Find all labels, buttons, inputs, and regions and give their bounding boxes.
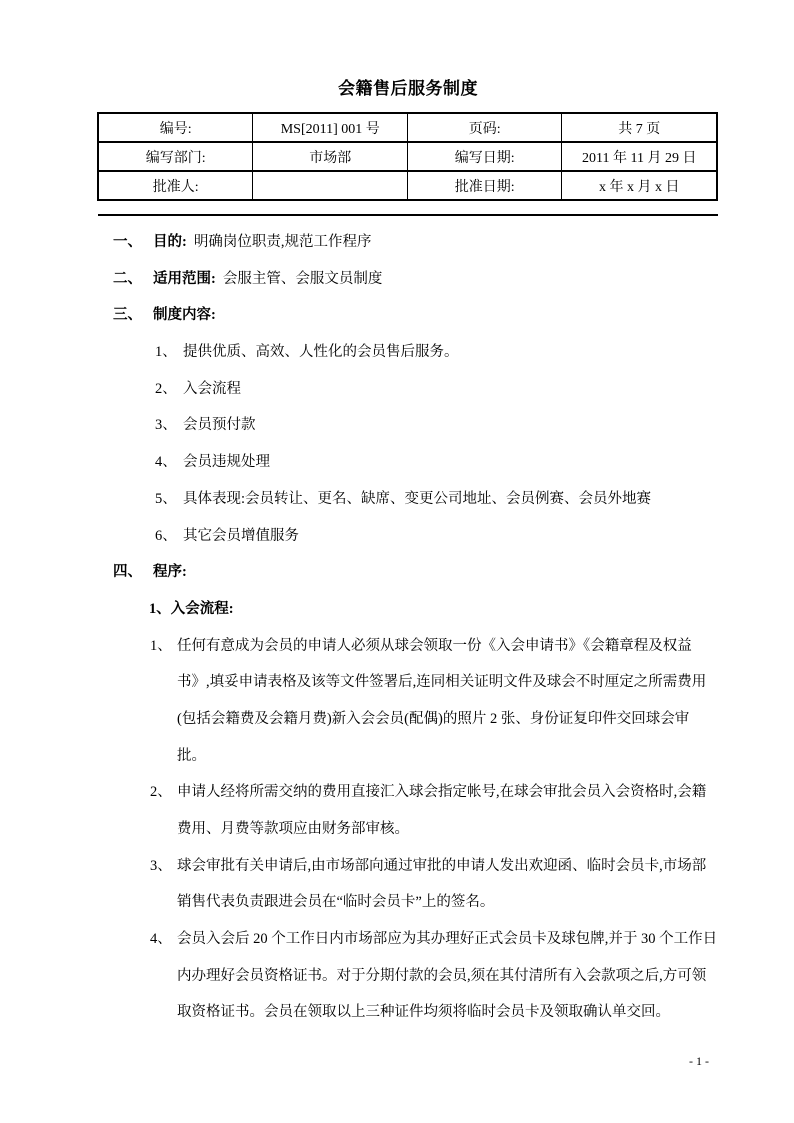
section-scope: 二、适用范围:会服主管、会服文员制度 — [0, 261, 794, 298]
info-value-approver — [253, 171, 408, 200]
section-number: 一、 — [113, 224, 153, 261]
paragraph-number: 2、 — [150, 774, 177, 811]
info-value-approve-date: x 年 x 月 x 日 — [562, 171, 717, 200]
document-page: 会籍售后服务制度 编号: MS[2011] 001 号 页码: 共 7 页 编写… — [0, 0, 794, 1123]
paragraph-text: 会员入会后 20 个工作日内市场部应为其办理好正式会员卡及球包牌,并于 30 个… — [177, 931, 717, 947]
item-number: 4、 — [155, 444, 183, 481]
section-text: 会服主管、会服文员制度 — [223, 271, 383, 287]
paragraph-text: 取资格证书。会员在领取以上三种证件均须将临时会员卡及领取确认单交回。 — [177, 1004, 670, 1020]
content-item-1: 1、提供优质、高效、人性化的会员售后服务。 — [0, 334, 794, 371]
procedure-paragraph-1-line: 1、任何有意成为会员的申请人必须从球会领取一份《入会申请书》《会籍章程及权益 — [0, 628, 794, 665]
procedure-paragraph-3-line: 销售代表负责跟进会员在“临时会员卡”上的签名。 — [0, 884, 794, 921]
paragraph-text: 任何有意成为会员的申请人必须从球会领取一份《入会申请书》《会籍章程及权益 — [177, 638, 692, 654]
procedure-paragraph-4-line: 取资格证书。会员在领取以上三种证件均须将临时会员卡及领取确认单交回。 — [0, 994, 794, 1031]
procedure-paragraph-1-line: (包括会籍费及会籍月费)新入会会员(配偶)的照片 2 张、身份证复印件交回球会审 — [0, 701, 794, 738]
procedure-paragraph-2-line: 2、申请人经将所需交纳的费用直接汇入球会指定帐号,在球会审批会员入会资格时,会籍 — [0, 774, 794, 811]
content-item-3: 3、会员预付款 — [0, 407, 794, 444]
info-label-write-date: 编写日期: — [407, 142, 562, 171]
info-label-page: 页码: — [407, 113, 562, 142]
procedure-paragraph-4-line: 4、会员入会后 20 个工作日内市场部应为其办理好正式会员卡及球包牌,并于 30… — [0, 921, 794, 958]
item-text: 其它会员增值服务 — [183, 528, 299, 544]
info-value-department: 市场部 — [253, 142, 408, 171]
procedure-paragraph-4-line: 内办理好会员资格证书。对于分期付款的会员,须在其付清所有入会款项之后,方可领 — [0, 958, 794, 995]
paragraph-text: 球会审批有关申请后,由市场部向通过审批的申请人发出欢迎函、临时会员卡,市场部 — [177, 858, 706, 874]
paragraph-text: 申请人经将所需交纳的费用直接汇入球会指定帐号,在球会审批会员入会资格时,会籍 — [177, 784, 706, 800]
paragraph-text: 费用、月费等款项应由财务部审核。 — [177, 821, 409, 837]
header-divider — [98, 214, 718, 216]
section-text: 明确岗位职责,规范工作程序 — [194, 234, 372, 250]
paragraph-number: 1、 — [150, 628, 177, 665]
document-info-table: 编号: MS[2011] 001 号 页码: 共 7 页 编写部门: 市场部 编… — [97, 112, 718, 201]
procedure-subheading: 1、入会流程: — [0, 591, 794, 628]
info-value-number: MS[2011] 001 号 — [253, 113, 408, 142]
procedure-paragraph-3-line: 3、球会审批有关申请后,由市场部向通过审批的申请人发出欢迎函、临时会员卡,市场部 — [0, 848, 794, 885]
content-item-2: 2、入会流程 — [0, 371, 794, 408]
item-text: 提供优质、高效、人性化的会员售后服务。 — [183, 344, 459, 360]
content-item-5: 5、具体表现:会员转让、更名、缺席、变更公司地址、会员例赛、会员外地赛 — [0, 481, 794, 518]
item-number: 5、 — [155, 481, 183, 518]
item-text: 具体表现:会员转让、更名、缺席、变更公司地址、会员例赛、会员外地赛 — [183, 491, 651, 507]
page-number: - 1 - — [689, 1054, 709, 1068]
paragraph-text: 批。 — [177, 748, 206, 764]
paragraph-text: 内办理好会员资格证书。对于分期付款的会员,须在其付清所有入会款项之后,方可领 — [177, 968, 706, 984]
item-number: 6、 — [155, 518, 183, 555]
procedure-paragraph-2-line: 费用、月费等款项应由财务部审核。 — [0, 811, 794, 848]
section-content: 三、制度内容: — [0, 297, 794, 334]
info-value-page: 共 7 页 — [562, 113, 717, 142]
item-number: 1、 — [155, 334, 183, 371]
paragraph-number: 4、 — [150, 921, 177, 958]
section-heading: 适用范围: — [153, 271, 216, 287]
paragraph-text: 书》,填妥申请表格及该等文件签署后,连同相关证明文件及球会不时厘定之所需费用 — [177, 674, 706, 690]
document-title: 会籍售后服务制度 — [98, 74, 718, 99]
section-number: 四、 — [113, 554, 153, 591]
paragraph-text: 销售代表负责跟进会员在“临时会员卡”上的签名。 — [177, 894, 494, 910]
info-value-write-date: 2011 年 11 月 29 日 — [562, 142, 717, 171]
content-item-6: 6、其它会员增值服务 — [0, 518, 794, 555]
procedure-paragraph-1-line: 书》,填妥申请表格及该等文件签署后,连同相关证明文件及球会不时厘定之所需费用 — [0, 664, 794, 701]
section-purpose: 一、目的:明确岗位职责,规范工作程序 — [0, 224, 794, 261]
info-label-approve-date: 批准日期: — [407, 171, 562, 200]
info-table-row: 批准人: 批准日期: x 年 x 月 x 日 — [98, 171, 717, 200]
item-number: 3、 — [155, 407, 183, 444]
item-text: 会员预付款 — [183, 417, 256, 433]
info-table-row: 编号: MS[2011] 001 号 页码: 共 7 页 — [98, 113, 717, 142]
info-label-approver: 批准人: — [98, 171, 253, 200]
paragraph-number: 3、 — [150, 848, 177, 885]
document-body: 一、目的:明确岗位职责,规范工作程序 二、适用范围:会服主管、会服文员制度 三、… — [0, 224, 794, 1031]
content-item-4: 4、会员违规处理 — [0, 444, 794, 481]
section-procedure: 四、程序: — [0, 554, 794, 591]
section-number: 二、 — [113, 261, 153, 298]
paragraph-text: (包括会籍费及会籍月费)新入会会员(配偶)的照片 2 张、身份证复印件交回球会审 — [177, 711, 689, 727]
section-heading: 制度内容: — [153, 307, 216, 323]
section-heading: 程序: — [153, 564, 187, 580]
item-text: 会员违规处理 — [183, 454, 270, 470]
section-heading: 目的: — [153, 234, 187, 250]
info-label-department: 编写部门: — [98, 142, 253, 171]
procedure-paragraph-1-line: 批。 — [0, 738, 794, 775]
item-number: 2、 — [155, 371, 183, 408]
section-number: 三、 — [113, 297, 153, 334]
info-table-row: 编写部门: 市场部 编写日期: 2011 年 11 月 29 日 — [98, 142, 717, 171]
info-label-number: 编号: — [98, 113, 253, 142]
item-text: 入会流程 — [183, 381, 241, 397]
